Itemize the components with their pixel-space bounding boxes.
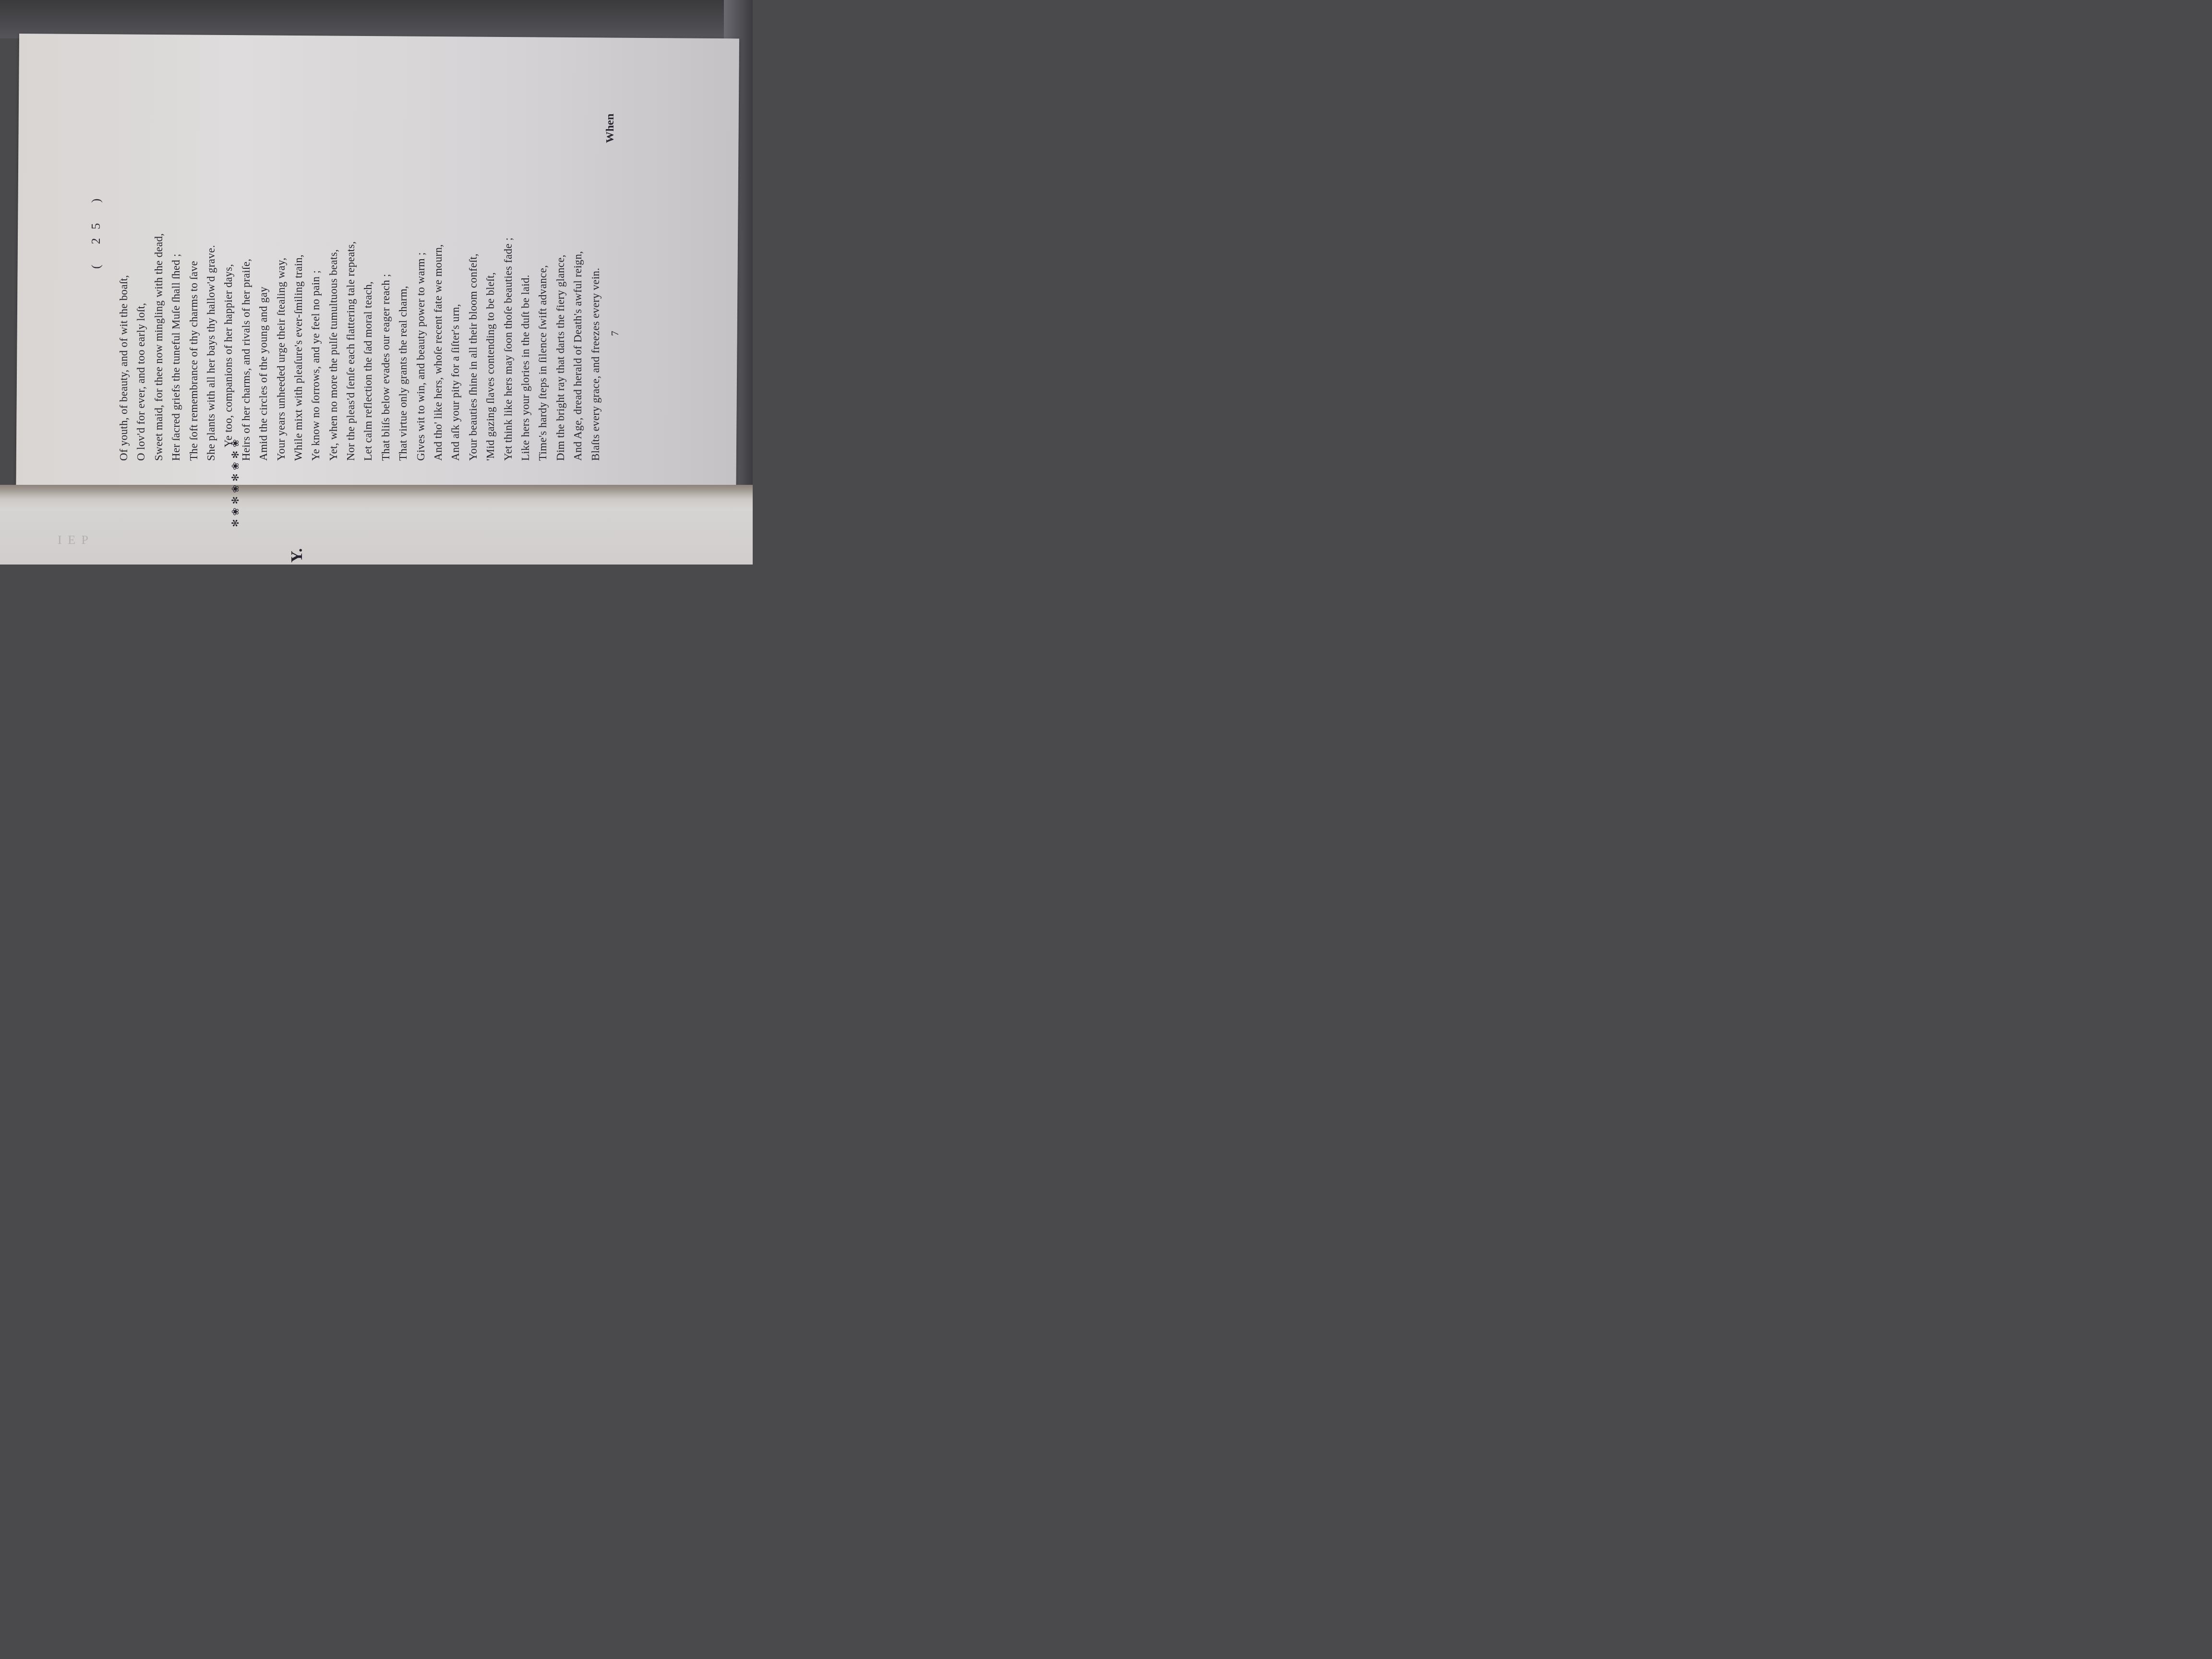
- poem-line: Your years unheeded urge their ſtealing …: [273, 233, 290, 461]
- page-number: ( 25 ): [89, 190, 103, 269]
- poem-line: And tho' like hers, whoſe recent fate we…: [430, 233, 447, 461]
- poem-line: Blaſts every grace, and freezes every ve…: [587, 233, 604, 461]
- poem-lines: Of youth, of beauty, and of wit the boaſ…: [115, 233, 604, 461]
- poem-line: 'Mid gazing ſlaves contending to be bleſ…: [482, 233, 499, 461]
- poem-line: The ſoft remembrance of thy charms to ſa…: [185, 233, 203, 461]
- poem-line: And aſk your pity for a ſiſter's urn,: [447, 233, 464, 461]
- poem-line: Sweet maid, for thee now mingling with t…: [150, 233, 168, 461]
- signature-mark: 7: [609, 331, 621, 336]
- ornament-border: ✻ ❀ ✻ ❀ ✻ ❀ ✻ ❀: [229, 439, 241, 527]
- poem-line: O lov'd for ever, and too early loſt,: [132, 233, 150, 461]
- poem-line: Your beauties ſhine in all their bloom c…: [465, 233, 482, 461]
- poem-line: That virtue only grants the real charm,: [395, 233, 412, 461]
- poem-line: Like hers your glories in the duſt be la…: [517, 233, 534, 461]
- poem-line: Ye know no ſorrows, and ye feel no pain …: [307, 233, 325, 461]
- poem-line: Yet, when no more the pulſe tumultuous b…: [325, 233, 342, 461]
- poem-line: While mixt with pleaſure's ever-ſmiling …: [290, 233, 307, 461]
- poem-line: Gives wit to win, and beauty power to wa…: [412, 233, 430, 461]
- poem-line: That bliſs below evades our eager reach …: [377, 233, 395, 461]
- poem-line: Yet think like hers may ſoon thoſe beaut…: [500, 233, 517, 461]
- poem-line: Time's hardy ſteps in ſilence ſwift adva…: [534, 233, 552, 461]
- poem-line: Nor the pleas'd ſenſe each flattering ta…: [342, 233, 360, 461]
- poem-line: Dim the bright ray that darts the fiery …: [552, 233, 569, 461]
- poem-line: Ye too, companions of her happier days,: [220, 233, 237, 461]
- poem-line: Let calm reflection the ſad moral teach,: [360, 233, 377, 461]
- poem-line: Amid the circles of the young and gay: [255, 233, 272, 461]
- left-page-heading-letter: Y.: [288, 548, 306, 563]
- poem-line: And Age, dread herald of Death's awful r…: [569, 233, 587, 461]
- catchword: When: [604, 114, 617, 143]
- poem-line: Heirs of her charms, and rivals of her p…: [238, 233, 255, 461]
- poem-line: She plants with all her bays thy hallow'…: [203, 233, 220, 461]
- background-surface: [0, 0, 753, 38]
- gutter-shadow: [0, 485, 753, 499]
- left-page-bleed-text: I E P: [58, 533, 90, 547]
- poem-line: Of youth, of beauty, and of wit the boaſ…: [115, 233, 132, 461]
- poem-line: Her ſacred griefs the tuneful Muſe ſhall…: [168, 233, 185, 461]
- poem-text-block: Of youth, of beauty, and of wit the boaſ…: [115, 233, 604, 461]
